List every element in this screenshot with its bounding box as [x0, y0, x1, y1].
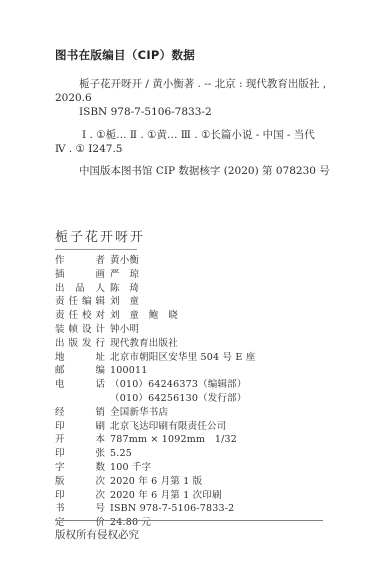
colophon-label-char: 行: [95, 337, 105, 351]
colophon-row: 书号ISBN 978-7-5106-7833-2: [55, 502, 255, 516]
colophon-value: 5.25: [110, 447, 132, 461]
colophon-row: 责任编辑刘 童: [55, 295, 255, 309]
colophon-label-char: 校: [82, 309, 92, 323]
colophon-label: 字数: [55, 461, 105, 475]
colophon-label: 作者: [55, 254, 105, 268]
cip-classification-line-2: Ⅳ . ① I247.5: [55, 142, 122, 156]
colophon-label-char: 画: [95, 268, 105, 282]
colophon-label-char: 责: [55, 309, 65, 323]
colophon-label-char: 话: [95, 378, 105, 392]
colophon-label-char: 作: [55, 254, 65, 268]
colophon-row: 责任校对刘 童 鲍 晓: [55, 309, 255, 323]
cip-heading: 图书在版编目（CIP）数据: [55, 47, 195, 63]
colophon-value: 现代教育出版社: [110, 337, 178, 351]
colophon-label-char: 任: [68, 295, 78, 309]
colophon-label: 出版发行: [55, 337, 105, 351]
rights-notice: 版权所有侵权必究: [55, 527, 139, 542]
colophon-label-char: 设: [82, 323, 92, 337]
colophon-label-char: 计: [95, 323, 105, 337]
colophon-label: 责任编辑: [55, 295, 105, 309]
colophon-label-char: 人: [95, 282, 105, 296]
colophon-value: 北京飞达印刷有限责任公司: [110, 420, 226, 434]
colophon-value: 2020 年 6 月第 1 次印刷: [110, 489, 222, 503]
colophon-label-char: 责: [55, 295, 65, 309]
colophon-row: 经销全国新华书店: [55, 406, 255, 420]
colophon-label: 邮编: [55, 364, 105, 378]
colophon-value: 北京市朝阳区安华里 504 号 E 座: [110, 351, 255, 365]
colophon-label: 印次: [55, 489, 105, 503]
colophon-label-char: 字: [55, 461, 65, 475]
colophon-label: 开本: [55, 433, 105, 447]
title-divider: [55, 249, 137, 250]
colophon-label-char: 次: [95, 489, 105, 503]
colophon-row: 开本787mm × 1092mm 1/32: [55, 433, 255, 447]
colophon-label-char: 次: [95, 475, 105, 489]
colophon-label: 装帧设计: [55, 323, 105, 337]
cip-classification-line-1: Ⅰ . ①栀… Ⅱ . ①黄… Ⅲ . ①长篇小说 - 中国 - 当代: [82, 128, 315, 142]
colophon-label-char: 印: [55, 489, 65, 503]
cip-verification-line: 中国版本图书馆 CIP 数据核字 (2020) 第 078230 号: [79, 164, 330, 178]
colophon-label-char: 址: [95, 351, 105, 365]
colophon-value: 787mm × 1092mm 1/32: [110, 433, 237, 447]
colophon-value: 2020 年 6 月第 1 版: [110, 475, 202, 489]
colophon-label-char: 电: [55, 378, 65, 392]
colophon-label-char: 出: [55, 337, 65, 351]
colophon-value: 刘 童 鲍 晓: [110, 309, 178, 323]
bottom-divider: [55, 520, 323, 521]
colophon-label-char: 开: [55, 433, 65, 447]
colophon-row: 版次2020 年 6 月第 1 版: [55, 475, 255, 489]
colophon-label: [55, 392, 105, 406]
colophon-label: 出品人: [55, 282, 105, 296]
colophon-label-char: 印: [55, 420, 65, 434]
colophon-label-char: 地: [55, 351, 65, 365]
colophon-row: 印刷北京飞达印刷有限责任公司: [55, 420, 255, 434]
cip-record-line-2: 2020.6: [55, 91, 92, 105]
colophon-label: 印刷: [55, 420, 105, 434]
colophon-row: 邮编100011: [55, 364, 255, 378]
colophon-row: 作者黄小衡: [55, 254, 255, 268]
colophon-label-char: 辑: [95, 295, 105, 309]
colophon-label-char: 刷: [95, 420, 105, 434]
colophon-label-char: 发: [82, 337, 92, 351]
colophon-label: 责任校对: [55, 309, 105, 323]
colophon-value: （010）64256130（发行部）: [110, 392, 247, 406]
colophon-value: 全国新华书店: [110, 406, 168, 420]
colophon-label-char: 出: [55, 282, 65, 296]
colophon-row: 印次2020 年 6 月第 1 次印刷: [55, 489, 255, 503]
colophon-label: 地址: [55, 351, 105, 365]
colophon-label-char: 印: [55, 447, 65, 461]
colophon-label-char: 经: [55, 406, 65, 420]
colophon-label-char: 数: [95, 461, 105, 475]
colophon-label-char: 对: [95, 309, 105, 323]
colophon-label-char: 插: [55, 268, 65, 282]
colophon-label: 印张: [55, 447, 105, 461]
colophon-value: 黄小衡: [110, 254, 139, 268]
colophon-value: （010）64246373（编辑部）: [110, 378, 247, 392]
colophon-list: 作者黄小衡插画严 琼出品人陈 琦责任编辑刘 童责任校对刘 童 鲍 晓装帧设计钟小…: [55, 254, 255, 530]
colophon-row: 出版发行现代教育出版社: [55, 337, 255, 351]
colophon-row: 装帧设计钟小明: [55, 323, 255, 337]
colophon-label-char: 帧: [68, 323, 78, 337]
colophon-label-char: 张: [95, 447, 105, 461]
colophon-label-char: 号: [95, 502, 105, 516]
colophon-label-char: 任: [68, 309, 78, 323]
colophon-value: 钟小明: [110, 323, 139, 337]
colophon-row: 地址北京市朝阳区安华里 504 号 E 座: [55, 351, 255, 365]
colophon-label-char: 销: [95, 406, 105, 420]
colophon-label: 插画: [55, 268, 105, 282]
colophon-value: 100 千字: [110, 461, 151, 475]
colophon-label: 书号: [55, 502, 105, 516]
colophon-row: 字数100 千字: [55, 461, 255, 475]
colophon-value: 刘 童: [110, 295, 139, 309]
colophon-value: 100011: [110, 364, 147, 378]
book-title: 栀子花开呀开: [55, 226, 145, 245]
colophon-label-char: 者: [95, 254, 105, 268]
colophon-row: 印张5.25: [55, 447, 255, 461]
colophon-row: （010）64256130（发行部）: [55, 392, 255, 406]
colophon-row: 插画严 琼: [55, 268, 255, 282]
colophon-label-char: 品: [75, 282, 85, 296]
colophon-label: 电话: [55, 378, 105, 392]
colophon-row: 电话（010）64246373（编辑部）: [55, 378, 255, 392]
colophon-label-char: 邮: [55, 364, 65, 378]
colophon-label-char: 版: [55, 475, 65, 489]
colophon-label-char: 编: [95, 364, 105, 378]
colophon-row: 出品人陈 琦: [55, 282, 255, 296]
colophon-label: 经销: [55, 406, 105, 420]
colophon-label: 版次: [55, 475, 105, 489]
cip-record-line-1: 栀子花开呀开 / 黄小衡著 . -- 北京 : 现代教育出版社 ,: [79, 77, 326, 91]
colophon-value: 严 琼: [110, 268, 139, 282]
cip-isbn-line: ISBN 978-7-5106-7833-2: [79, 105, 212, 119]
colophon-value: ISBN 978-7-5106-7833-2: [110, 502, 234, 516]
colophon-label-char: 版: [68, 337, 78, 351]
colophon-label-char: 本: [95, 433, 105, 447]
colophon-value: 陈 琦: [110, 282, 139, 296]
colophon-label-char: 装: [55, 323, 65, 337]
colophon-label-char: 书: [55, 502, 65, 516]
colophon-label-char: 编: [82, 295, 92, 309]
